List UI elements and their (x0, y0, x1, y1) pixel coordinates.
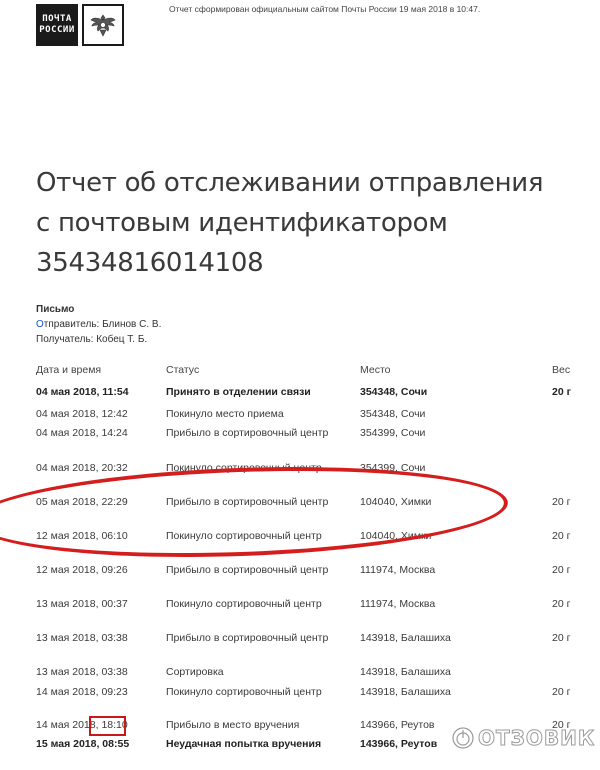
cell-status: Покинуло сортировочный центр (166, 596, 346, 612)
title-line-2: с почтовым идентификатором (36, 203, 543, 243)
cell-weight: 20 г (552, 630, 592, 646)
cell-weight: 20 г (552, 562, 592, 578)
cell-weight: 20 г (552, 596, 592, 612)
report-generated-note: Отчет сформирован официальным сайтом Поч… (169, 4, 480, 14)
shipment-kind: Письмо (36, 302, 161, 317)
cell-place: 354399, Сочи (360, 460, 520, 476)
table-row: 13 мая 2018, 00:37Покинуло сортировочный… (36, 596, 596, 630)
table-row: 14 мая 2018, 09:23Покинуло сортировочный… (36, 684, 596, 717)
cell-place: 354399, Сочи (360, 425, 520, 441)
cell-status: Сортировка (166, 664, 346, 680)
logo-wordmark: ПОЧТА РОССИИ (36, 4, 78, 46)
column-header-date: Дата и время (36, 362, 164, 378)
logo-line-2: РОССИИ (39, 25, 75, 36)
cell-date: 14 мая 2018, 18:10 (36, 717, 164, 733)
cell-date: 12 мая 2018, 09:26 (36, 562, 164, 578)
cell-status: Прибыло в сортировочный центр (166, 425, 346, 441)
cell-status: Прибыло в место вручения (166, 717, 346, 733)
sender: Отправитель: Блинов С. В. (36, 317, 161, 332)
column-header-place: Место (360, 362, 520, 378)
cell-status: Прибыло в сортировочный центр (166, 494, 346, 510)
cell-status: Покинуло сортировочный центр (166, 460, 346, 476)
cell-date: 14 мая 2018, 09:23 (36, 684, 164, 700)
cell-place: 354348, Сочи (360, 406, 520, 422)
cell-place: 143918, Балашиха (360, 684, 520, 700)
cell-status: Покинуло сортировочный центр (166, 684, 346, 700)
table-row: 13 мая 2018, 03:38Сортировка143918, Бала… (36, 664, 596, 684)
shipment-meta: Письмо Отправитель: Блинов С. В. Получат… (36, 302, 161, 347)
cell-place: 111974, Москва (360, 562, 520, 578)
cell-status: Неудачная попытка вручения (166, 736, 346, 752)
cell-date: 13 мая 2018, 03:38 (36, 664, 164, 680)
cell-status: Прибыло в сортировочный центр (166, 562, 346, 578)
cell-date: 15 мая 2018, 08:55 (36, 736, 164, 752)
column-header-status: Статус (166, 362, 346, 378)
cell-date: 13 мая 2018, 03:38 (36, 630, 164, 646)
cell-status: Принято в отделении связи (166, 384, 346, 400)
cell-date: 04 мая 2018, 11:54 (36, 384, 164, 400)
cell-place: 143966, Реутов (360, 717, 520, 733)
table-row: 14 мая 2018, 18:10Прибыло в место вручен… (36, 717, 596, 736)
cell-date: 04 мая 2018, 14:24 (36, 425, 164, 441)
cell-weight: 20 г (552, 684, 592, 700)
table-header: Дата и время Статус Место Вес (36, 362, 596, 384)
table-row: 04 мая 2018, 20:32Покинуло сортировочный… (36, 460, 596, 494)
recipient: Получатель: Кобец Т. Б. (36, 332, 161, 347)
cell-weight: 20 г (552, 384, 592, 400)
tracking-table: Дата и время Статус Место Вес 04 мая 201… (36, 362, 596, 755)
cell-place: 111974, Москва (360, 596, 520, 612)
title-line-1: Отчет об отслеживании отправления (36, 163, 543, 203)
table-row: 12 мая 2018, 06:10Покинуло сортировочный… (36, 528, 596, 562)
column-header-weight: Вес (552, 362, 592, 378)
cell-status: Покинуло место приема (166, 406, 346, 422)
cell-status: Покинуло сортировочный центр (166, 528, 346, 544)
tracking-number: 35434816014108 (36, 243, 543, 283)
pochta-rossii-logo: ПОЧТА РОССИИ (36, 4, 124, 46)
table-row: 13 мая 2018, 03:38Прибыло в сортировочны… (36, 630, 596, 664)
cell-place: 104040, Химки (360, 528, 520, 544)
table-row: 15 мая 2018, 08:55Неудачная попытка вруч… (36, 736, 596, 755)
cell-date: 04 мая 2018, 12:42 (36, 406, 164, 422)
cell-date: 05 мая 2018, 22:29 (36, 494, 164, 510)
cell-place: 143966, Реутов (360, 736, 520, 752)
cell-status: Прибыло в сортировочный центр (166, 630, 346, 646)
cell-weight: 20 г (552, 494, 592, 510)
cell-place: 143918, Балашиха (360, 630, 520, 646)
sender-first-letter: О (36, 319, 44, 330)
cell-date: 12 мая 2018, 06:10 (36, 528, 164, 544)
double-headed-eagle-icon (82, 4, 124, 46)
table-row: 05 мая 2018, 22:29Прибыло в сортировочны… (36, 494, 596, 528)
logo-line-1: ПОЧТА (42, 14, 72, 25)
cell-weight: 20 г (552, 528, 592, 544)
cell-weight: 20 г (552, 717, 592, 733)
table-row: 04 мая 2018, 11:54Принято в отделении св… (36, 384, 596, 406)
cell-date: 13 мая 2018, 00:37 (36, 596, 164, 612)
sender-text: тправитель: Блинов С. В. (44, 319, 162, 330)
cell-place: 354348, Сочи (360, 384, 520, 400)
page-title: Отчет об отслеживании отправления с почт… (36, 163, 543, 283)
table-row: 04 мая 2018, 12:42Покинуло место приема3… (36, 406, 596, 425)
table-row: 04 мая 2018, 14:24Прибыло в сортировочны… (36, 425, 596, 460)
cell-place: 104040, Химки (360, 494, 520, 510)
table-row: 12 мая 2018, 09:26Прибыло в сортировочны… (36, 562, 596, 596)
cell-date: 04 мая 2018, 20:32 (36, 460, 164, 476)
cell-place: 143918, Балашиха (360, 664, 520, 680)
